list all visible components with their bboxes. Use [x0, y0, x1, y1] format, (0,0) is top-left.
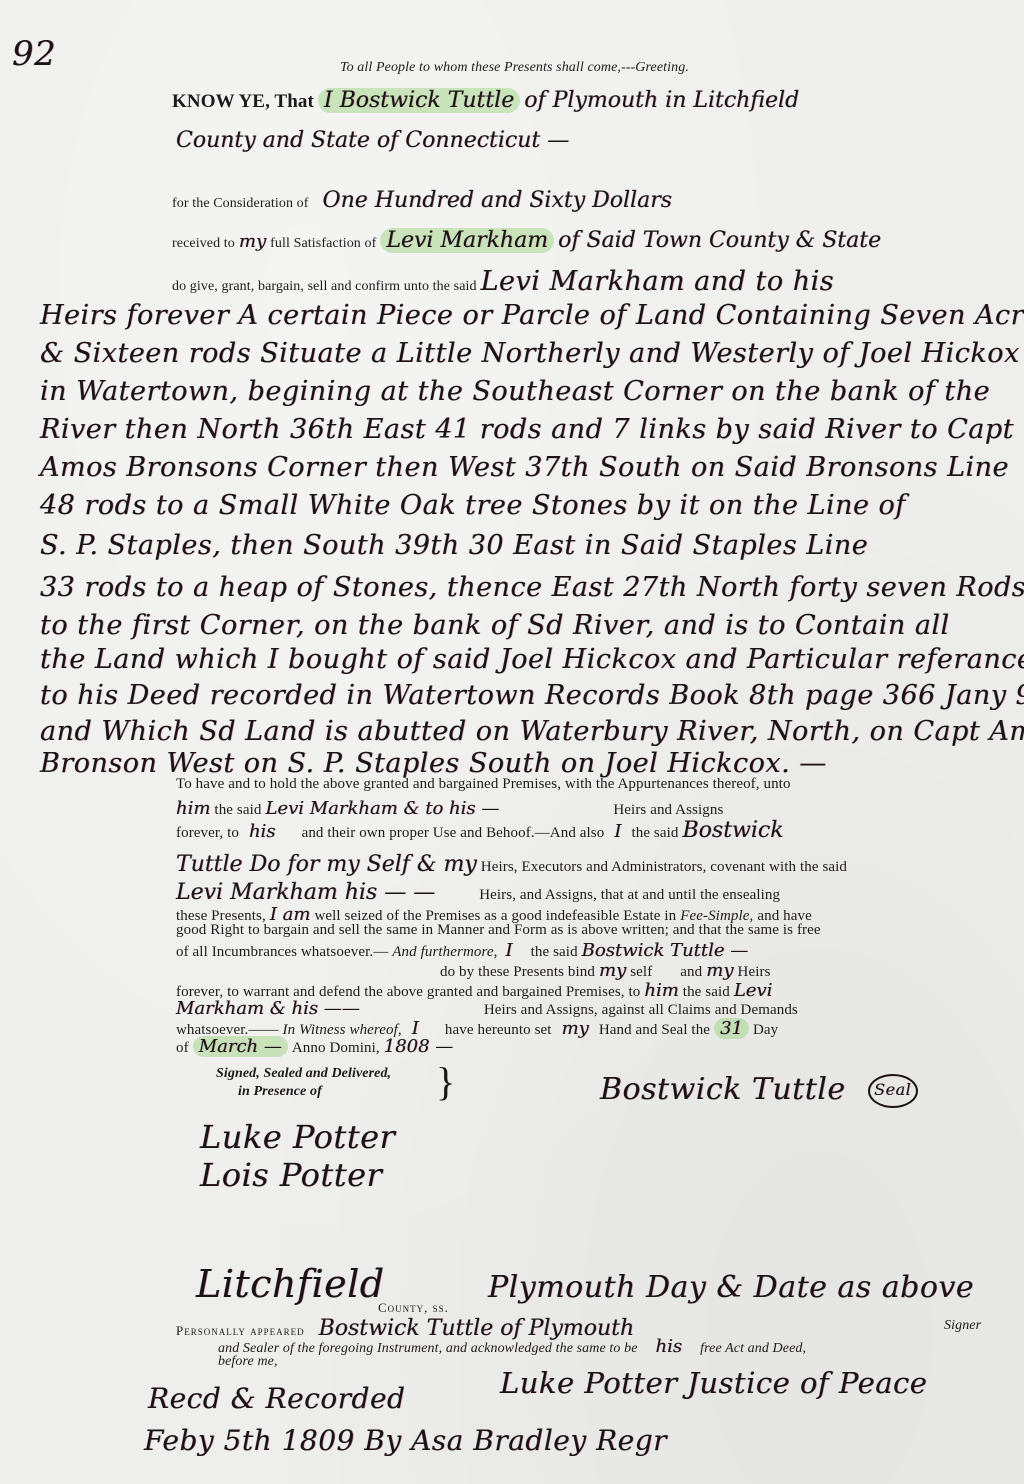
fill-in: Markham & his —— — [176, 998, 360, 1019]
description-line: to the first Corner, on the bank of Sd R… — [40, 610, 950, 641]
county-name: Litchfield — [196, 1262, 385, 1306]
received-pronoun: my — [239, 231, 266, 252]
habendum-line-13: of March — Anno Domini, 1808 — — [176, 1036, 453, 1057]
grantor-signature: Bostwick Tuttle Seal — [600, 1072, 918, 1108]
received-line: received to my full Satisfaction of Levi… — [172, 228, 881, 253]
fill-in: I — [614, 821, 621, 842]
ack-place-date: Plymouth Day & Date as above — [488, 1270, 974, 1305]
county-label: County, ss. — [378, 1300, 449, 1316]
witness-signature: Luke Potter — [200, 1118, 395, 1156]
form-text: the said — [531, 944, 578, 960]
page-number: 92 — [12, 34, 56, 74]
form-text: forever, to — [176, 825, 239, 841]
habendum-line-8: of all Incumbrances whatsoever.— And fur… — [176, 940, 748, 961]
conveyance-grantee: Levi Markham and to his — [481, 266, 834, 297]
consideration-label: for the Consideration of — [172, 196, 309, 211]
form-text: Day — [753, 1022, 778, 1038]
execution-month: March — — [193, 1036, 288, 1057]
description-line: Heirs forever A certain Piece or Parcle … — [40, 300, 1024, 331]
fill-in: Levi Markham & to his — — [265, 798, 499, 819]
description-line: Amos Bronsons Corner then West 37th Sout… — [40, 452, 1009, 483]
consideration-line: for the Consideration of One Hundred and… — [172, 188, 672, 213]
form-text: of — [176, 1040, 189, 1056]
witness-signature: Lois Potter — [200, 1156, 382, 1194]
recorded-note: Recd & Recorded — [148, 1382, 405, 1415]
form-text: the said — [214, 802, 261, 818]
justice-signature: Luke Potter Justice of Peace — [500, 1366, 927, 1400]
description-line: and Which Sd Land is abutted on Waterbur… — [40, 716, 1024, 747]
presence-label: in Presence of — [238, 1084, 322, 1100]
form-text: the said — [631, 825, 678, 841]
form-text: do by these Presents bind — [440, 964, 595, 980]
fill-in: him — [176, 798, 210, 819]
habendum-line-7: good Right to bargain and sell the same … — [176, 922, 821, 939]
signer-label: Signer — [944, 1318, 981, 1334]
seal-icon: Seal — [868, 1074, 918, 1108]
habendum-line-2: him the said Levi Markham & to his — Hei… — [176, 798, 723, 819]
description-line: 33 rods to a heap of Stones, thence East… — [40, 572, 1024, 603]
before-me-label: before me, — [218, 1354, 278, 1370]
description-line-record: to his Deed recorded in Watertown Record… — [40, 680, 1024, 711]
habendum-line-9: do by these Presents bind my self and my… — [440, 960, 771, 981]
conveyance-label: do give, grant, bargain, sell and confir… — [172, 279, 477, 294]
greeting-line: To all People to whom these Presents sha… — [340, 60, 689, 76]
fill-in: Bostwick Tuttle — — [582, 940, 749, 961]
grantor-residence: of Plymouth in Litchfield — [524, 88, 799, 113]
form-text: and Sealer of the foregoing Instrument, … — [218, 1341, 638, 1356]
grantor-line: KNOW YE, That I Bostwick Tuttle of Plymo… — [172, 88, 799, 113]
description-line: 48 rods to a Small White Oak tree Stones… — [40, 490, 906, 521]
description-line: & Sixteen rods Situate a Little Northerl… — [40, 338, 1024, 369]
form-text: Heirs, and Assigns, that at and until th… — [479, 887, 780, 903]
grantee-residence: of Said Town County & State — [558, 228, 881, 253]
execution-day: 31 — [714, 1018, 749, 1039]
fill-in: I — [506, 940, 513, 961]
habendum-line-1: To have and to hold the above granted an… — [176, 776, 791, 793]
grantor-name: I Bostwick Tuttle — [318, 88, 520, 113]
fill-in: Tuttle Do for my Self & my — [176, 852, 477, 877]
grantee-name: Levi Markham — [380, 228, 554, 253]
form-text: Heirs and Assigns — [613, 802, 723, 818]
recorded-date: Feby 5th 1809 By Asa Bradley Regr — [144, 1424, 667, 1457]
fill-in: my — [599, 960, 626, 981]
form-text: and their own proper Use and Behoof.—And… — [302, 825, 605, 841]
deed-page: 92 To all People to whom these Presents … — [0, 0, 1024, 1484]
signature-text: Bostwick Tuttle — [600, 1072, 846, 1107]
satisfaction-label: full Satisfaction of — [270, 236, 376, 251]
form-text: self — [630, 964, 652, 980]
description-line: River then North 36th East 41 rods and 7… — [40, 414, 1014, 445]
description-line: in Watertown, begining at the Southeast … — [40, 376, 990, 407]
form-text: have hereunto set — [445, 1022, 552, 1038]
habendum-line-4: Tuttle Do for my Self & my Heirs, Execut… — [176, 852, 847, 877]
form-text: Hand and Seal the — [599, 1022, 710, 1038]
habendum-line-3: forever, to his and their own proper Use… — [176, 818, 784, 843]
ack-line-2: and Sealer of the foregoing Instrument, … — [218, 1336, 806, 1357]
fill-in: his — [656, 1336, 683, 1357]
received-label: received to — [172, 236, 235, 251]
fill-in: Bostwick — [683, 818, 784, 843]
signed-label: Signed, Sealed and Delivered, — [216, 1066, 391, 1082]
brace-glyph: } — [436, 1062, 455, 1102]
form-text: and — [680, 964, 702, 980]
form-text: Heirs and Assigns, against all Claims an… — [484, 1002, 798, 1018]
description-line: the Land which I bought of said Joel Hic… — [40, 644, 1024, 675]
form-text: free Act and Deed, — [700, 1341, 806, 1356]
form-text: Anno Domini, — [292, 1040, 380, 1056]
form-text: And furthermore, — [392, 944, 497, 960]
execution-year: 1808 — — [384, 1036, 454, 1057]
form-text: Heirs — [738, 964, 771, 980]
conveyance-line: do give, grant, bargain, sell and confir… — [172, 266, 834, 297]
fill-in: my — [562, 1018, 589, 1039]
know-ye-label: KNOW YE, That — [172, 91, 314, 112]
form-text: Heirs, Executors and Administrators, cov… — [481, 859, 847, 875]
description-line: to his Deed recorded in Watertown Record… — [40, 680, 1024, 711]
habendum-line-5: Levi Markham his — — Heirs, and Assigns,… — [176, 880, 780, 905]
habendum-line-11: Markham & his —— Heirs and Assigns, agai… — [176, 998, 798, 1019]
fill-in: my — [706, 960, 733, 981]
grantor-state: County and State of Connecticut — — [176, 128, 569, 153]
description-line: S. P. Staples, then South 39th 30 East i… — [40, 530, 868, 561]
description-line: Bronson West on S. P. Staples South on J… — [40, 748, 827, 779]
fill-in: his — [249, 821, 276, 842]
consideration-amount: One Hundred and Sixty Dollars — [323, 188, 672, 213]
form-text: of all Incumbrances whatsoever.— — [176, 944, 388, 960]
fill-in: Levi Markham his — — — [176, 880, 435, 905]
